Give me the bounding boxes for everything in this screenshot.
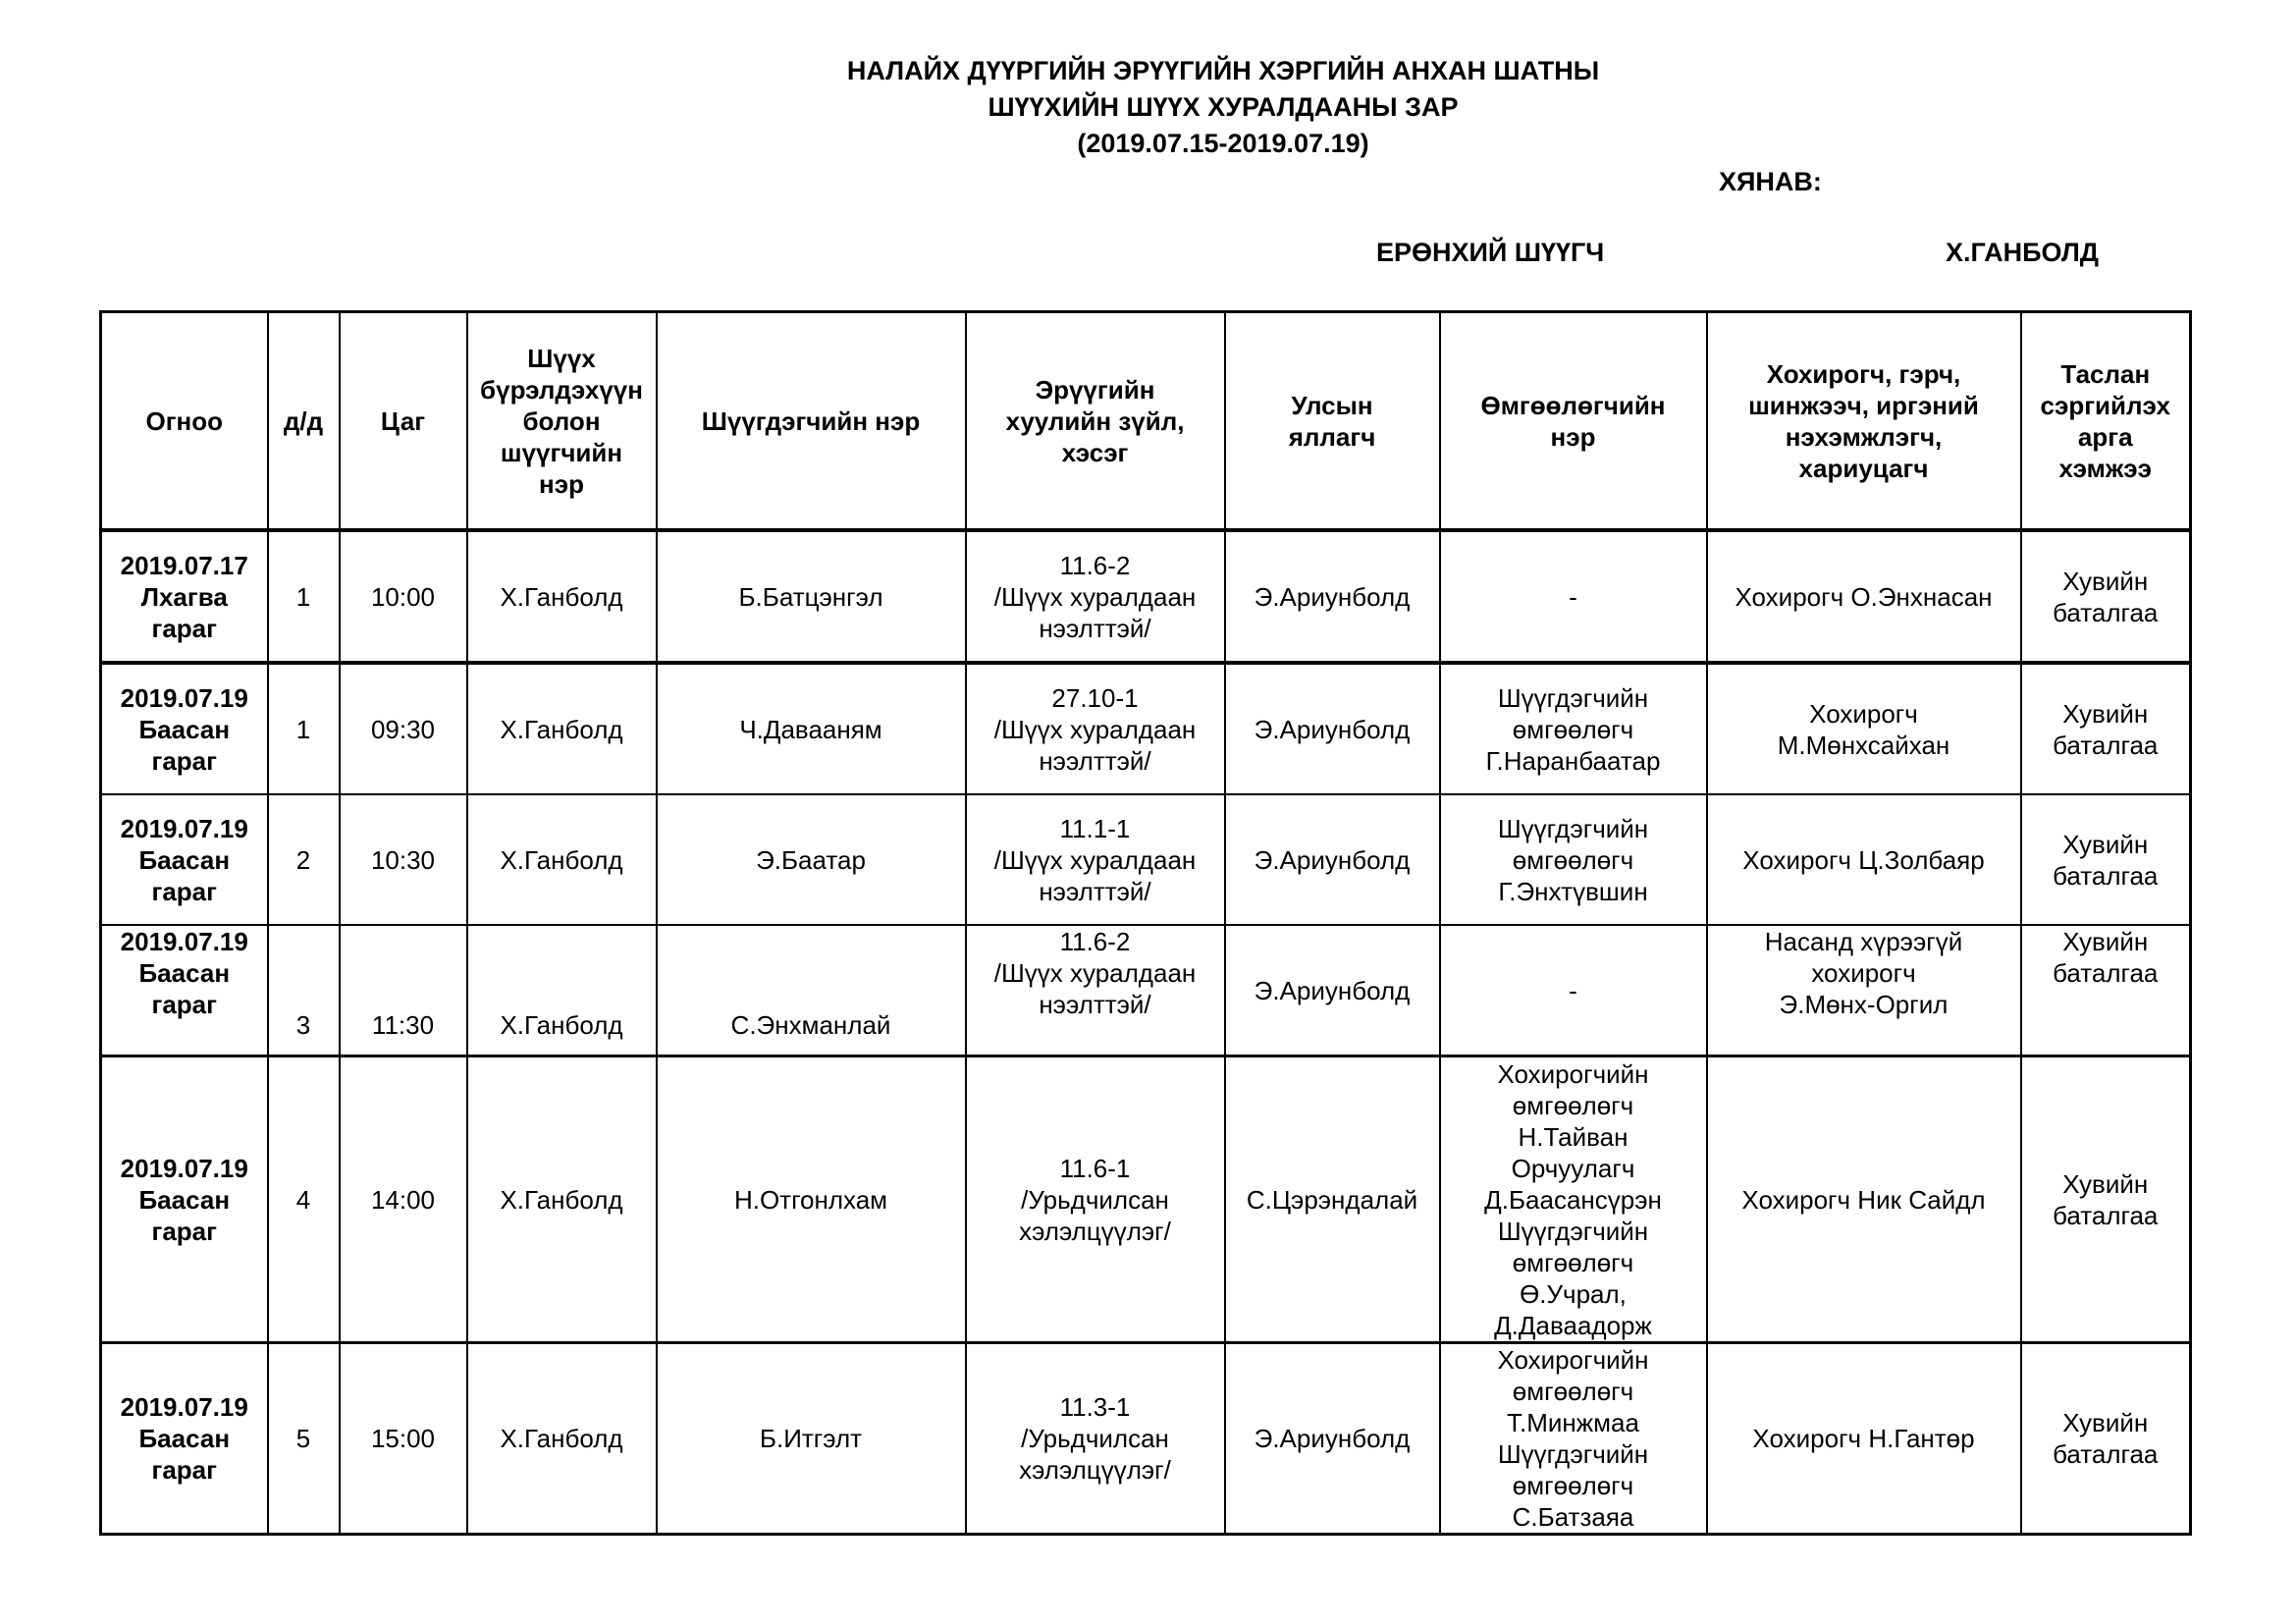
cell-text: гараг	[106, 989, 263, 1020]
cell-date: 2019.07.19Баасангараг	[101, 1056, 268, 1343]
cell-time: 15:00	[340, 1343, 467, 1535]
title-line: НАЛАЙХ ДҮҮРГИЙН ЭРҮҮГИЙН ХЭРГИЙН АНХАН Ш…	[150, 53, 2296, 89]
cell-victim: Насанд хүрээгүйхохирогчЭ.Мөнх-Оргил	[1707, 925, 2021, 1056]
cell-text: баталгаа	[2026, 860, 2186, 892]
table-row: 2019.07.19Баасангараг311:30Х.ГанболдС.Эн…	[101, 925, 2191, 1056]
column-header-time: Цаг	[340, 312, 467, 531]
cell-measure: Хувийнбаталгаа	[2021, 1343, 2191, 1535]
cell-text: 2019.07.19	[106, 926, 263, 957]
cell-text: Баасан	[106, 1423, 263, 1454]
cell-number: 5	[268, 1343, 340, 1535]
cell-text: Насанд хүрээгүй	[1712, 926, 2016, 957]
cell-measure: Хувийнбаталгаа	[2021, 794, 2191, 925]
cell-number: 3	[268, 925, 340, 1056]
cell-number: 1	[268, 530, 340, 663]
cell-article: 11.1-1/Шүүх хуралдааннээлттэй/	[966, 794, 1225, 925]
cell-text: 11.6-2	[971, 550, 1220, 581]
cell-text: Шүүгдэгчийн	[1445, 1438, 1702, 1470]
cell-defendant: С.Энхманлай	[657, 925, 966, 1056]
cell-number: 1	[268, 663, 340, 794]
cell-date: 2019.07.19Баасангараг	[101, 794, 268, 925]
cell-text: өмгөөлөгч	[1445, 844, 1702, 876]
cell-text: Д.Баасансүрэн	[1445, 1184, 1702, 1216]
cell-defendant: Б.Батцэнгэл	[657, 530, 966, 663]
cell-text: Шүүгдэгчийн	[1445, 682, 1702, 714]
cell-victim: Хохирогч Ц.Золбаяр	[1707, 794, 2021, 925]
cell-text: өмгөөлөгч	[1445, 1090, 1702, 1121]
cell-text: С.Батзаяа	[1445, 1501, 1702, 1533]
cell-article: 11.6-2/Шүүх хуралдааннээлттэй/	[966, 925, 1225, 1056]
header-text: хуулийн зүйл,	[971, 406, 1220, 437]
cell-text: Баасан	[106, 844, 263, 876]
cell-text: -	[1445, 581, 1702, 613]
cell-lawyer: ХохирогчийнөмгөөлөгчН.ТайванОрчуулагчД.Б…	[1440, 1056, 1707, 1343]
cell-text: 11.6-2	[971, 926, 1220, 957]
cell-victim: Хохирогч Ник Сайдл	[1707, 1056, 2021, 1343]
cell-text: 11.3-1	[971, 1391, 1220, 1423]
cell-article: 11.6-1/Урьдчилсанхэлэлцүүлэг/	[966, 1056, 1225, 1343]
cell-text: баталгаа	[2026, 730, 2186, 761]
cell-date: 2019.07.19Баасангараг	[101, 925, 268, 1056]
cell-date: 2019.07.19Баасангараг	[101, 1343, 268, 1535]
column-header-victim-witness: Хохирогч, гэрч,шинжээч, иргэнийнэхэмжлэг…	[1707, 312, 2021, 531]
header-text: сэргийлэх	[2026, 390, 2186, 421]
cell-text: 11.6-1	[971, 1153, 1220, 1184]
cell-article: 11.6-2/Шүүх хуралдааннээлттэй/	[966, 530, 1225, 663]
cell-judge: Х.Ганболд	[467, 530, 657, 663]
cell-prosecutor: Э.Ариунболд	[1225, 663, 1440, 794]
header-text: болон	[472, 406, 652, 437]
cell-defendant: Б.Итгэлт	[657, 1343, 966, 1535]
column-header-criminal-article: Эрүүгийнхуулийн зүйл,хэсэг	[966, 312, 1225, 531]
header-text: Огноо	[106, 406, 263, 437]
cell-judge: Х.Ганболд	[467, 1343, 657, 1535]
cell-text: Хохирогч Ник Сайдл	[1712, 1184, 2016, 1216]
column-header-date: Огноо	[101, 312, 268, 531]
cell-text: Хохирогч	[1712, 698, 2016, 730]
cell-date: 2019.07.17Лхагвагараг	[101, 530, 268, 663]
column-header-prosecutor: Улсыняллагч	[1225, 312, 1440, 531]
cell-article: 11.3-1/Урьдчилсанхэлэлцүүлэг/	[966, 1343, 1225, 1535]
cell-text: нээлттэй/	[971, 613, 1220, 644]
cell-text: Т.Минжмаа	[1445, 1407, 1702, 1438]
header-text: хариуцагч	[1712, 453, 2016, 484]
header-text: нэхэмжлэгч,	[1712, 421, 2016, 453]
cell-text: хэлэлцүүлэг/	[971, 1216, 1220, 1247]
cell-text: өмгөөлөгч	[1445, 1470, 1702, 1501]
header-text: хэмжээ	[2026, 453, 2186, 484]
cell-text: Ө.Учрал,	[1445, 1278, 1702, 1310]
cell-text: 11.1-1	[971, 813, 1220, 844]
header-text: Улсын	[1230, 390, 1435, 421]
table-row: 2019.07.19Баасангараг210:30Х.ГанболдЭ.Ба…	[101, 794, 2191, 925]
cell-text: Д.Даваадорж	[1445, 1310, 1702, 1341]
header-text: Таслан	[2026, 358, 2186, 390]
cell-judge: Х.Ганболд	[467, 794, 657, 925]
cell-defendant: Ч.Давааням	[657, 663, 966, 794]
cell-text: Баасан	[106, 714, 263, 745]
cell-text: өмгөөлөгч	[1445, 1376, 1702, 1407]
hearing-schedule-table: Огноод/дЦагШүүхбүрэлдэхүүнболоншүүгчийнн…	[99, 310, 2192, 1536]
cell-text: Хувийн	[2026, 566, 2186, 597]
cell-lawyer: ШүүгдэгчийнөмгөөлөгчГ.Энхтүвшин	[1440, 794, 1707, 925]
cell-text: /Шүүх хуралдаан	[971, 957, 1220, 989]
cell-prosecutor: Э.Ариунболд	[1225, 1343, 1440, 1535]
header-text: нэр	[472, 468, 652, 500]
cell-text: гараг	[106, 1216, 263, 1247]
cell-text: өмгөөлөгч	[1445, 1247, 1702, 1278]
cell-victim: Хохирогч Н.Гантөр	[1707, 1343, 2021, 1535]
cell-victim: Хохирогч О.Энхнасан	[1707, 530, 2021, 663]
cell-article: 27.10-1/Шүүх хуралдааннээлттэй/	[966, 663, 1225, 794]
document-title: НАЛАЙХ ДҮҮРГИЙН ЭРҮҮГИЙН ХЭРГИЙН АНХАН Ш…	[0, 53, 2296, 162]
cell-text: 2019.07.19	[106, 813, 263, 844]
cell-time: 09:30	[340, 663, 467, 794]
chief-judge-title: ЕРӨНХИЙ ШҮҮГЧ	[1376, 238, 1604, 268]
cell-text: 2019.07.19	[106, 1391, 263, 1423]
cell-text: 2019.07.17	[106, 550, 263, 581]
cell-text: Баасан	[106, 1184, 263, 1216]
cell-text: 2019.07.19	[106, 682, 263, 714]
cell-text: хэлэлцүүлэг/	[971, 1454, 1220, 1486]
header-text: яллагч	[1230, 421, 1435, 453]
cell-text: нээлттэй/	[971, 745, 1220, 777]
cell-prosecutor: Э.Ариунболд	[1225, 925, 1440, 1056]
cell-text: Г.Энхтүвшин	[1445, 876, 1702, 907]
cell-text: Хохирогч Ц.Золбаяр	[1712, 844, 2016, 876]
cell-prosecutor: Э.Ариунболд	[1225, 530, 1440, 663]
header-text: бүрэлдэхүүн	[472, 374, 652, 406]
cell-text: гараг	[106, 745, 263, 777]
chief-judge-name: Х.ГАНБОЛД	[1946, 238, 2099, 268]
cell-text: Хохирогч Н.Гантөр	[1712, 1423, 2016, 1454]
table-row: 2019.07.19Баасангараг414:00Х.ГанболдН.От…	[101, 1056, 2191, 1343]
table-row: 2019.07.19Баасангараг109:30Х.ГанболдЧ.Да…	[101, 663, 2191, 794]
cell-text: Хувийн	[2026, 926, 2186, 957]
header-text: Эрүүгийн	[971, 374, 1220, 406]
cell-text: Хувийн	[2026, 1407, 2186, 1438]
cell-text: Э.Мөнх-Оргил	[1712, 989, 2016, 1020]
approval-label: ХЯНАВ:	[1719, 167, 1822, 197]
cell-text: Хувийн	[2026, 698, 2186, 730]
header-text: шүүгчийн	[472, 437, 652, 468]
header-text: хэсэг	[971, 437, 1220, 468]
cell-text: баталгаа	[2026, 1200, 2186, 1231]
column-header-number: д/д	[268, 312, 340, 531]
cell-text: Баасан	[106, 957, 263, 989]
cell-victim: ХохирогчМ.Мөнхсайхан	[1707, 663, 2021, 794]
cell-text: нээлттэй/	[971, 876, 1220, 907]
cell-text: Г.Наранбаатар	[1445, 745, 1702, 777]
cell-text: нээлттэй/	[971, 989, 1220, 1020]
cell-lawyer: -	[1440, 925, 1707, 1056]
cell-text: 2019.07.19	[106, 1153, 263, 1184]
cell-text: баталгаа	[2026, 1438, 2186, 1470]
cell-defendant: Н.Отгонлхам	[657, 1056, 966, 1343]
cell-prosecutor: Э.Ариунболд	[1225, 794, 1440, 925]
cell-lawyer: -	[1440, 530, 1707, 663]
header-text: Шүүгдэгчийн нэр	[662, 406, 961, 437]
header-text: Хохирогч, гэрч,	[1712, 358, 2016, 390]
cell-date: 2019.07.19Баасангараг	[101, 663, 268, 794]
cell-text: /Урьдчилсан	[971, 1184, 1220, 1216]
cell-text: гараг	[106, 613, 263, 644]
cell-judge: Х.Ганболд	[467, 1056, 657, 1343]
cell-defendant: Э.Баатар	[657, 794, 966, 925]
cell-text: /Урьдчилсан	[971, 1423, 1220, 1454]
cell-measure: Хувийнбаталгаа	[2021, 1056, 2191, 1343]
cell-text: М.Мөнхсайхан	[1712, 730, 2016, 761]
cell-number: 4	[268, 1056, 340, 1343]
cell-number: 2	[268, 794, 340, 925]
cell-text: 27.10-1	[971, 682, 1220, 714]
column-header-defendant: Шүүгдэгчийн нэр	[657, 312, 966, 531]
cell-text: баталгаа	[2026, 957, 2186, 989]
title-line: ШҮҮХИЙН ШҮҮХ ХУРАЛДААНЫ ЗАР	[150, 89, 2296, 126]
header-text: арга	[2026, 421, 2186, 453]
cell-judge: Х.Ганболд	[467, 925, 657, 1056]
cell-measure: Хувийнбаталгаа	[2021, 663, 2191, 794]
cell-text: /Шүүх хуралдаан	[971, 844, 1220, 876]
header-text: Шүүх	[472, 343, 652, 374]
title-line: (2019.07.15-2019.07.19)	[150, 126, 2296, 162]
cell-text: /Шүүх хуралдаан	[971, 581, 1220, 613]
cell-text: гараг	[106, 1454, 263, 1486]
cell-text: гараг	[106, 876, 263, 907]
cell-time: 10:30	[340, 794, 467, 925]
cell-text: Хувийн	[2026, 1168, 2186, 1200]
cell-text: -	[1445, 975, 1702, 1006]
column-header-court-judge: Шүүхбүрэлдэхүүнболоншүүгчийннэр	[467, 312, 657, 531]
cell-measure: Хувийнбаталгаа	[2021, 530, 2191, 663]
table-row: 2019.07.17Лхагвагараг110:00Х.ГанболдБ.Ба…	[101, 530, 2191, 663]
cell-text: Хохирогчийн	[1445, 1344, 1702, 1376]
header-text: Өмгөөлөгчийн	[1445, 390, 1702, 421]
cell-text: Орчуулагч	[1445, 1153, 1702, 1184]
table-row: 2019.07.19Баасангараг515:00Х.ГанболдБ.Ит…	[101, 1343, 2191, 1535]
table-header-row: Огноод/дЦагШүүхбүрэлдэхүүнболоншүүгчийнн…	[101, 312, 2191, 531]
cell-text: Н.Тайван	[1445, 1121, 1702, 1153]
cell-text: хохирогч	[1712, 957, 2016, 989]
cell-time: 14:00	[340, 1056, 467, 1343]
header-text: Цаг	[345, 406, 462, 437]
column-header-lawyer: Өмгөөлөгчийннэр	[1440, 312, 1707, 531]
cell-measure: Хувийнбаталгаа	[2021, 925, 2191, 1056]
header-text: шинжээч, иргэний	[1712, 390, 2016, 421]
cell-text: Шүүгдэгчийн	[1445, 1216, 1702, 1247]
cell-time: 11:30	[340, 925, 467, 1056]
header-text: д/д	[273, 406, 335, 437]
cell-text: баталгаа	[2026, 597, 2186, 628]
cell-lawyer: ХохирогчийнөмгөөлөгчТ.МинжмааШүүгдэгчийн…	[1440, 1343, 1707, 1535]
cell-text: өмгөөлөгч	[1445, 714, 1702, 745]
cell-text: Лхагва	[106, 581, 263, 613]
cell-judge: Х.Ганболд	[467, 663, 657, 794]
cell-text: Хувийн	[2026, 829, 2186, 860]
cell-lawyer: ШүүгдэгчийнөмгөөлөгчГ.Наранбаатар	[1440, 663, 1707, 794]
cell-text: Хохирогч О.Энхнасан	[1712, 581, 2016, 613]
cell-prosecutor: С.Цэрэндалай	[1225, 1056, 1440, 1343]
header-text: нэр	[1445, 421, 1702, 453]
cell-text: Хохирогчийн	[1445, 1058, 1702, 1090]
cell-text: Шүүгдэгчийн	[1445, 813, 1702, 844]
cell-time: 10:00	[340, 530, 467, 663]
cell-text: /Шүүх хуралдаан	[971, 714, 1220, 745]
column-header-preventive-measure: Таслансэргийлэхаргахэмжээ	[2021, 312, 2191, 531]
